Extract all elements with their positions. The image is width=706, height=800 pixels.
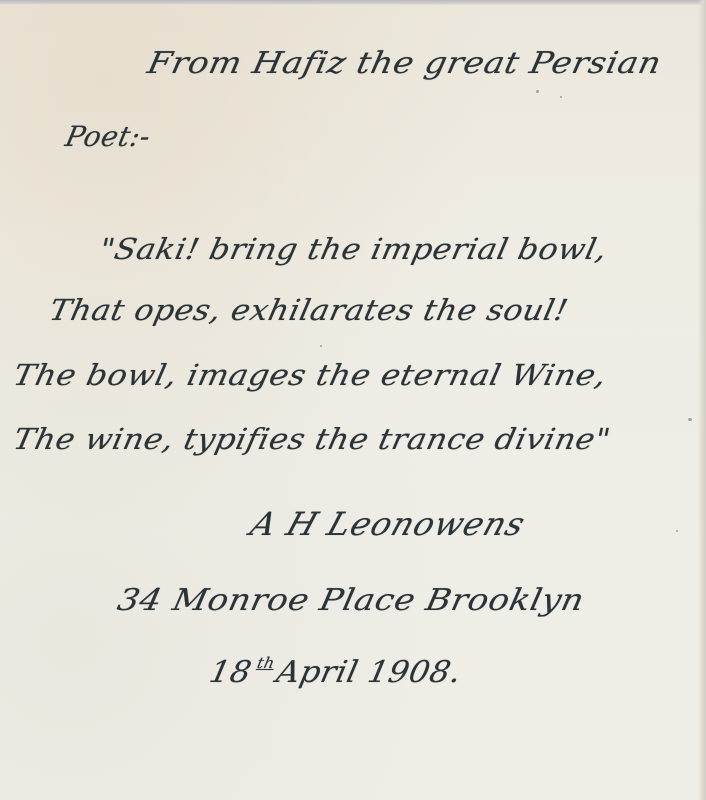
letter-page: From Hafiz the great Persian Poet:- "Sak…: [0, 0, 706, 800]
scan-top-edge: [0, 0, 706, 5]
ink-speck: [536, 90, 539, 93]
ink-speck: [676, 530, 678, 532]
scan-right-edge: [698, 0, 706, 800]
date-day: 18: [206, 655, 255, 690]
signature: A H Leonowens: [246, 505, 531, 543]
verse-line-3: The bowl, images the eternal Wine,: [10, 358, 610, 392]
ink-speck: [688, 418, 692, 421]
date-ordinal: th: [255, 654, 276, 672]
heading-line-2: Poet:-: [62, 120, 153, 153]
verse-line-4: The wine, typifies the trance divine": [10, 422, 613, 456]
ink-speck: [560, 96, 562, 98]
verse-line-1: "Saki! bring the imperial bowl,: [96, 232, 610, 266]
ink-speck: [320, 345, 322, 347]
verse-line-2: That opes, exhilarates the soul!: [46, 293, 571, 327]
heading-line-1: From Hafiz the great Persian: [144, 46, 664, 81]
date-month-year: April 1908.: [273, 655, 465, 690]
address: 34 Monroe Place Brooklyn: [114, 583, 587, 618]
date: 18thApril 1908.: [206, 654, 465, 690]
